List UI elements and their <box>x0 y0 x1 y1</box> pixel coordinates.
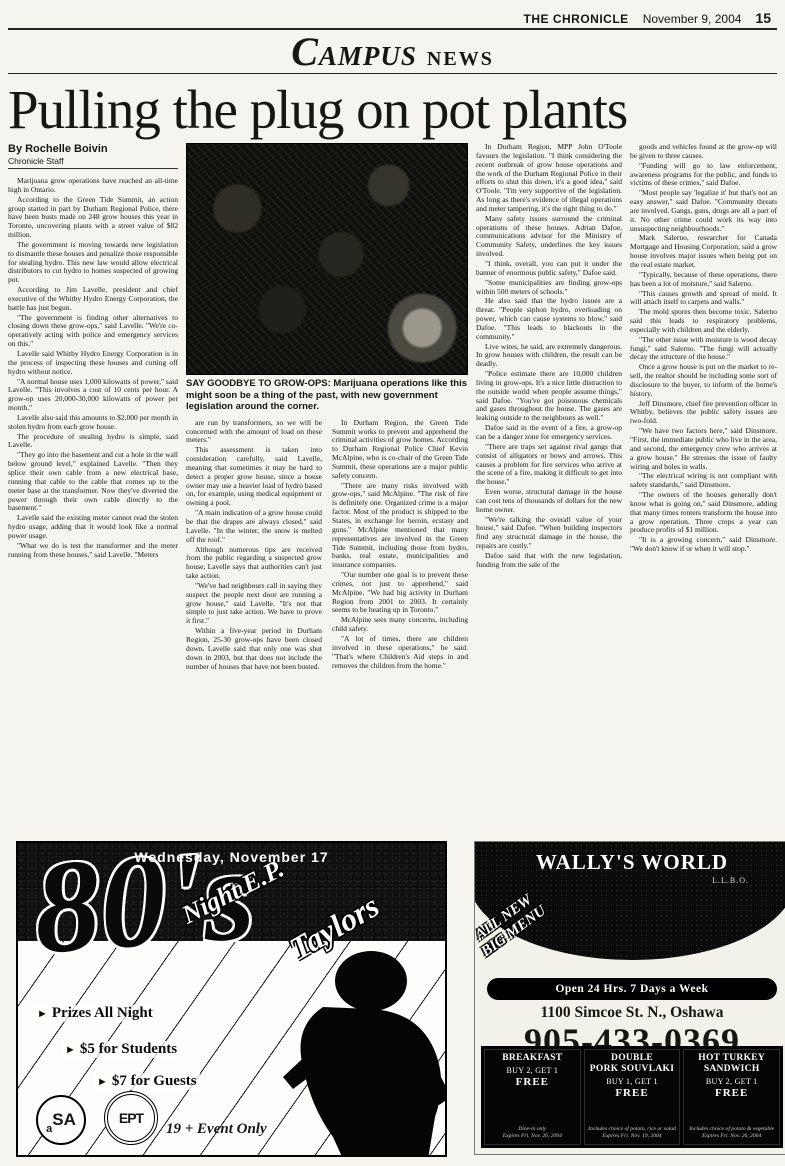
coupon-title-2: SANDWICH <box>686 1064 777 1075</box>
article-paragraph: are run by transformers, so we will be c… <box>186 419 322 446</box>
advertisements-row: Wednesday, November 17 80's Night E.P. T… <box>8 841 777 1157</box>
article-paragraph: He also said that the hydro issues are a… <box>476 297 622 341</box>
coupon-title: HOT TURKEY <box>686 1053 777 1064</box>
column-1-text: Marijuana grow operations have reached a… <box>8 177 178 559</box>
coupon-free-label: FREE <box>487 1076 578 1088</box>
coupon-title: DOUBLE <box>587 1053 678 1064</box>
article-paragraph: "Our number one goal is to prevent these… <box>332 571 468 615</box>
article-paragraph: "The other issue with moisture is wood d… <box>630 336 777 363</box>
ept-logo-text: EPT <box>119 1110 143 1126</box>
sa-logo-text: SA <box>52 1110 76 1130</box>
issue-date: November 9, 2004 <box>643 12 742 26</box>
caption-lead: SAY GOODBYE TO GROW-OPS: <box>186 378 331 389</box>
article-paragraph: "A normal house uses 1,000 kilowatts of … <box>8 378 178 413</box>
article-paragraph: The government is moving towards new leg… <box>8 241 178 285</box>
section-banner: CAMPUS NEWS <box>8 32 777 74</box>
article-paragraph: goods and vehicles found at the grow-op … <box>630 143 777 161</box>
article-paragraph: "Police estimate there are 10,000 childr… <box>476 370 622 423</box>
article-paragraph: The procedure of stealing hydro is simpl… <box>8 433 178 451</box>
article-columns-2-3: are run by transformers, so we will be c… <box>186 419 468 837</box>
taylors-item-label: Prizes All Night <box>52 1005 153 1021</box>
coupon-fine-line-1: Dine-in only <box>487 1126 578 1134</box>
article-paragraph: "Funding will go to law enforcement, awa… <box>630 162 777 189</box>
sa-logo: aSA <box>36 1095 86 1145</box>
coupon-fine-line-1: Includes choice of potato & vegetable <box>686 1126 777 1134</box>
masthead: THE CHRONICLE November 9, 2004 15 <box>8 6 777 30</box>
article-paragraph: "Some municipalities are finding grow-op… <box>476 279 622 297</box>
article-paragraph: "There are traps set against rival gangs… <box>476 443 622 487</box>
article-paragraph: Lavelle also said this amounts to $2,000… <box>8 414 178 432</box>
article-paragraph: "The electrical wiring is not compliant … <box>630 472 777 490</box>
article-paragraph: Lavelle said Whitby Hydro Energy Corpora… <box>8 350 178 377</box>
article-paragraph: In Durham Region, the Green Tide Summit … <box>332 419 468 481</box>
byline-role: Chronicle Staff <box>8 156 178 169</box>
article-paragraph: "The government is finding other alterna… <box>8 314 178 349</box>
wallys-world-ad: WALLY'S WORLD L.L.B.O. ALL NEW BIG MENU … <box>474 841 785 1155</box>
coupon-title: BREAKFAST <box>487 1053 578 1064</box>
coupon-fine-print: Includes choice of potato & vegetable Ex… <box>686 1126 777 1141</box>
coupon-title-2: PORK SOUVLAKI <box>587 1064 678 1075</box>
taylors-item-guests: ►$7 for Guests <box>94 1073 200 1090</box>
article-paragraph: Many safety issues surround the criminal… <box>476 215 622 259</box>
article-column-4: In Durham Region, MPP John O'Toole favou… <box>476 143 622 837</box>
coupon-fine-print: Includes choice of potato, rice or salad… <box>587 1126 678 1141</box>
taylors-item-prizes: ►Prizes All Night <box>34 1005 156 1022</box>
wallys-licence-text: L.L.B.O. <box>475 876 749 885</box>
article-paragraph: "This causes growth and spread of mold. … <box>630 290 777 308</box>
coupon-fine-print: Dine-in only Expires Fri. Nov. 26, 2004 <box>487 1126 578 1141</box>
article-paragraph: "I think, overall, you can put it under … <box>476 260 622 278</box>
article-paragraph: Once a grow house is put on the market t… <box>630 363 777 398</box>
coupon-fine-line-2: Expires Fri. Nov. 26, 2004 <box>686 1133 777 1141</box>
article-paragraph: "It is a growing concern," said Dinsmore… <box>630 536 777 554</box>
photo-block: SAY GOODBYE TO GROW-OPS: Marijuana opera… <box>186 143 468 837</box>
headline: Pulling the plug on pot plants <box>8 82 777 137</box>
article-paragraph: "A lot of times, there are children invo… <box>332 635 468 670</box>
coupon-free-label: FREE <box>587 1087 678 1099</box>
article-body: By Rochelle Boivin Chronicle Staff Marij… <box>8 143 777 837</box>
article-paragraph: Live wires, he said, are extremely dange… <box>476 343 622 370</box>
page-number: 15 <box>755 10 771 26</box>
coupon-hot-turkey: HOT TURKEY SANDWICH BUY 2, GET 1 FREE In… <box>683 1049 780 1145</box>
coupon-fine-line-2: Expires Fri. Nov. 26, 2004 <box>487 1133 578 1141</box>
article-paragraph: McAlpine sees many concerns, including c… <box>332 616 468 634</box>
article-paragraph: Jeff Dinsmore, chief fire prevention off… <box>630 400 777 427</box>
coupon-deal: BUY 1, GET 1 <box>587 1077 678 1086</box>
article-paragraph: In Durham Region, MPP John O'Toole favou… <box>476 143 622 214</box>
taylors-item-students: ►$5 for Students <box>62 1041 180 1058</box>
ep-taylors-ad: Wednesday, November 17 80's Night E.P. T… <box>16 841 447 1157</box>
article-paragraph: Lavelle said the existing meter cannot r… <box>8 514 178 541</box>
wallys-coupons: BREAKFAST BUY 2, GET 1 FREE Dine-in only… <box>481 1046 783 1148</box>
article-paragraph: Dafoe said that with the new legislation… <box>476 552 622 570</box>
wallys-name: WALLY'S WORLD <box>475 850 785 875</box>
article-paragraph: "What we do is test the transformer and … <box>8 542 178 560</box>
article-paragraph: Although numerous tips are received from… <box>186 546 322 581</box>
byline: By Rochelle Boivin Chronicle Staff <box>8 143 178 169</box>
article-paragraph: Dafoe said in the event of a fire, a gro… <box>476 424 622 442</box>
article-paragraph: Even worse, structural damage in the hou… <box>476 488 622 515</box>
byline-author: By Rochelle Boivin <box>8 143 108 155</box>
section-title-campus: CAMPUS <box>291 32 417 72</box>
article-paragraph: Within a five-year period in Durham Regi… <box>186 627 322 671</box>
coupon-breakfast: BREAKFAST BUY 2, GET 1 FREE Dine-in only… <box>484 1049 581 1145</box>
arrow-icon: ► <box>97 1076 108 1088</box>
taylors-age-restriction: 19 + Event Only <box>166 1121 267 1138</box>
coupon-deal: BUY 2, GET 1 <box>686 1077 777 1086</box>
article-paragraph: According to the Green Tide Summit, an a… <box>8 196 178 240</box>
article-paragraph: "A main indication of a grow house could… <box>186 509 322 544</box>
article-paragraph: According to Jim Lavelle, president and … <box>8 286 178 313</box>
article-column-5: goods and vehicles found at the grow-op … <box>630 143 777 837</box>
article-paragraph: "The owners of the houses generally don'… <box>630 491 777 535</box>
article-paragraph: Marijuana grow operations have reached a… <box>8 177 178 195</box>
coupon-free-label: FREE <box>686 1087 777 1099</box>
taylors-item-label: $5 for Students <box>80 1041 177 1057</box>
article-paragraph: "We have two factors here," said Dinsmor… <box>630 427 777 471</box>
article-paragraph: The mold spores then become toxic. Saler… <box>630 308 777 335</box>
article-paragraph: "They go into the basement and cut a hol… <box>8 451 178 513</box>
article-paragraph: This assessment is taken into considerat… <box>186 446 322 508</box>
coupon-deal: BUY 2, GET 1 <box>487 1066 578 1075</box>
section-title-news: NEWS <box>427 49 494 69</box>
coupon-fine-line-2: Expires Fri. Nov. 19, 2004 <box>587 1133 678 1141</box>
article-paragraph: "There are many risks involved with grow… <box>332 482 468 570</box>
article-column-1: By Rochelle Boivin Chronicle Staff Marij… <box>8 143 178 837</box>
taylors-item-label: $7 for Guests <box>112 1073 197 1089</box>
photo-caption: SAY GOODBYE TO GROW-OPS: Marijuana opera… <box>186 378 468 413</box>
article-paragraph: "Most people say 'legalize it' but that'… <box>630 189 777 233</box>
article-paragraph: "We've had neighbours call in saying the… <box>186 582 322 626</box>
dancer-silhouette <box>263 947 447 1157</box>
coupon-pork-souvlaki: DOUBLE PORK SOUVLAKI BUY 1, GET 1 FREE I… <box>584 1049 681 1145</box>
grow-op-photo <box>186 143 468 375</box>
coupon-fine-line-1: Includes choice of potato, rice or salad <box>587 1126 678 1134</box>
taylors-event-date: Wednesday, November 17 <box>18 849 445 865</box>
paper-name: THE CHRONICLE <box>524 12 629 26</box>
article-paragraph: Mark Salerno, researcher for Canada Mort… <box>630 234 777 269</box>
article-paragraph: "We're talking the overall value of your… <box>476 516 622 551</box>
ept-logo: EPT <box>104 1091 158 1145</box>
arrow-icon: ► <box>65 1044 76 1056</box>
wallys-hours-bar: Open 24 Hrs. 7 Days a Week <box>487 978 777 1000</box>
arrow-icon: ► <box>37 1008 48 1020</box>
newspaper-page: THE CHRONICLE November 9, 2004 15 CAMPUS… <box>0 0 785 1157</box>
article-paragraph: "Typically, because of these operations,… <box>630 271 777 289</box>
